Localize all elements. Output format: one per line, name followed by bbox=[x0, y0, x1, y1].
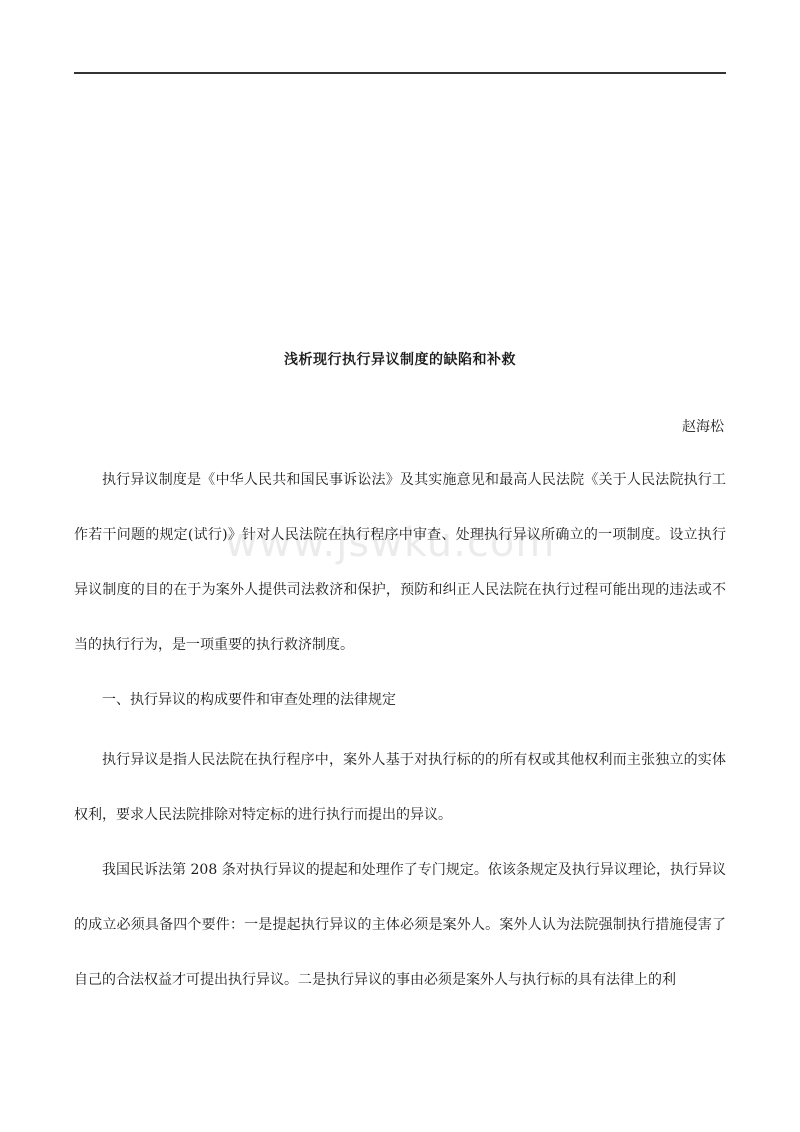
document-title: 浅析现行执行异议制度的缺陷和补救 bbox=[0, 349, 800, 369]
header-rule bbox=[74, 72, 726, 74]
paragraph-text: 我国民诉法第 208 条对执行异议的提起和处理作了专门规定。依该条规定及执行异议… bbox=[74, 843, 726, 1008]
paragraph-text: 执行异议是指人民法院在执行程序中，案外人基于对执行标的的所有权或其他权利而主张独… bbox=[74, 733, 726, 843]
section-heading: 一、执行异议的构成要件和审查处理的法律规定 bbox=[74, 673, 726, 728]
author-name: 赵海松 bbox=[682, 416, 724, 436]
section-heading-text: 一、执行异议的构成要件和审查处理的法律规定 bbox=[74, 673, 726, 728]
paragraph-definition: 执行异议是指人民法院在执行程序中，案外人基于对执行标的的所有权或其他权利而主张独… bbox=[74, 733, 726, 843]
paragraph-requirements: 我国民诉法第 208 条对执行异议的提起和处理作了专门规定。依该条规定及执行异议… bbox=[74, 843, 726, 1008]
paragraph-text: 执行异议制度是《中华人民共和国民事诉讼法》及其实施意见和最高人民法院《关于人民法… bbox=[74, 453, 726, 673]
paragraph-intro: 执行异议制度是《中华人民共和国民事诉讼法》及其实施意见和最高人民法院《关于人民法… bbox=[74, 453, 726, 673]
